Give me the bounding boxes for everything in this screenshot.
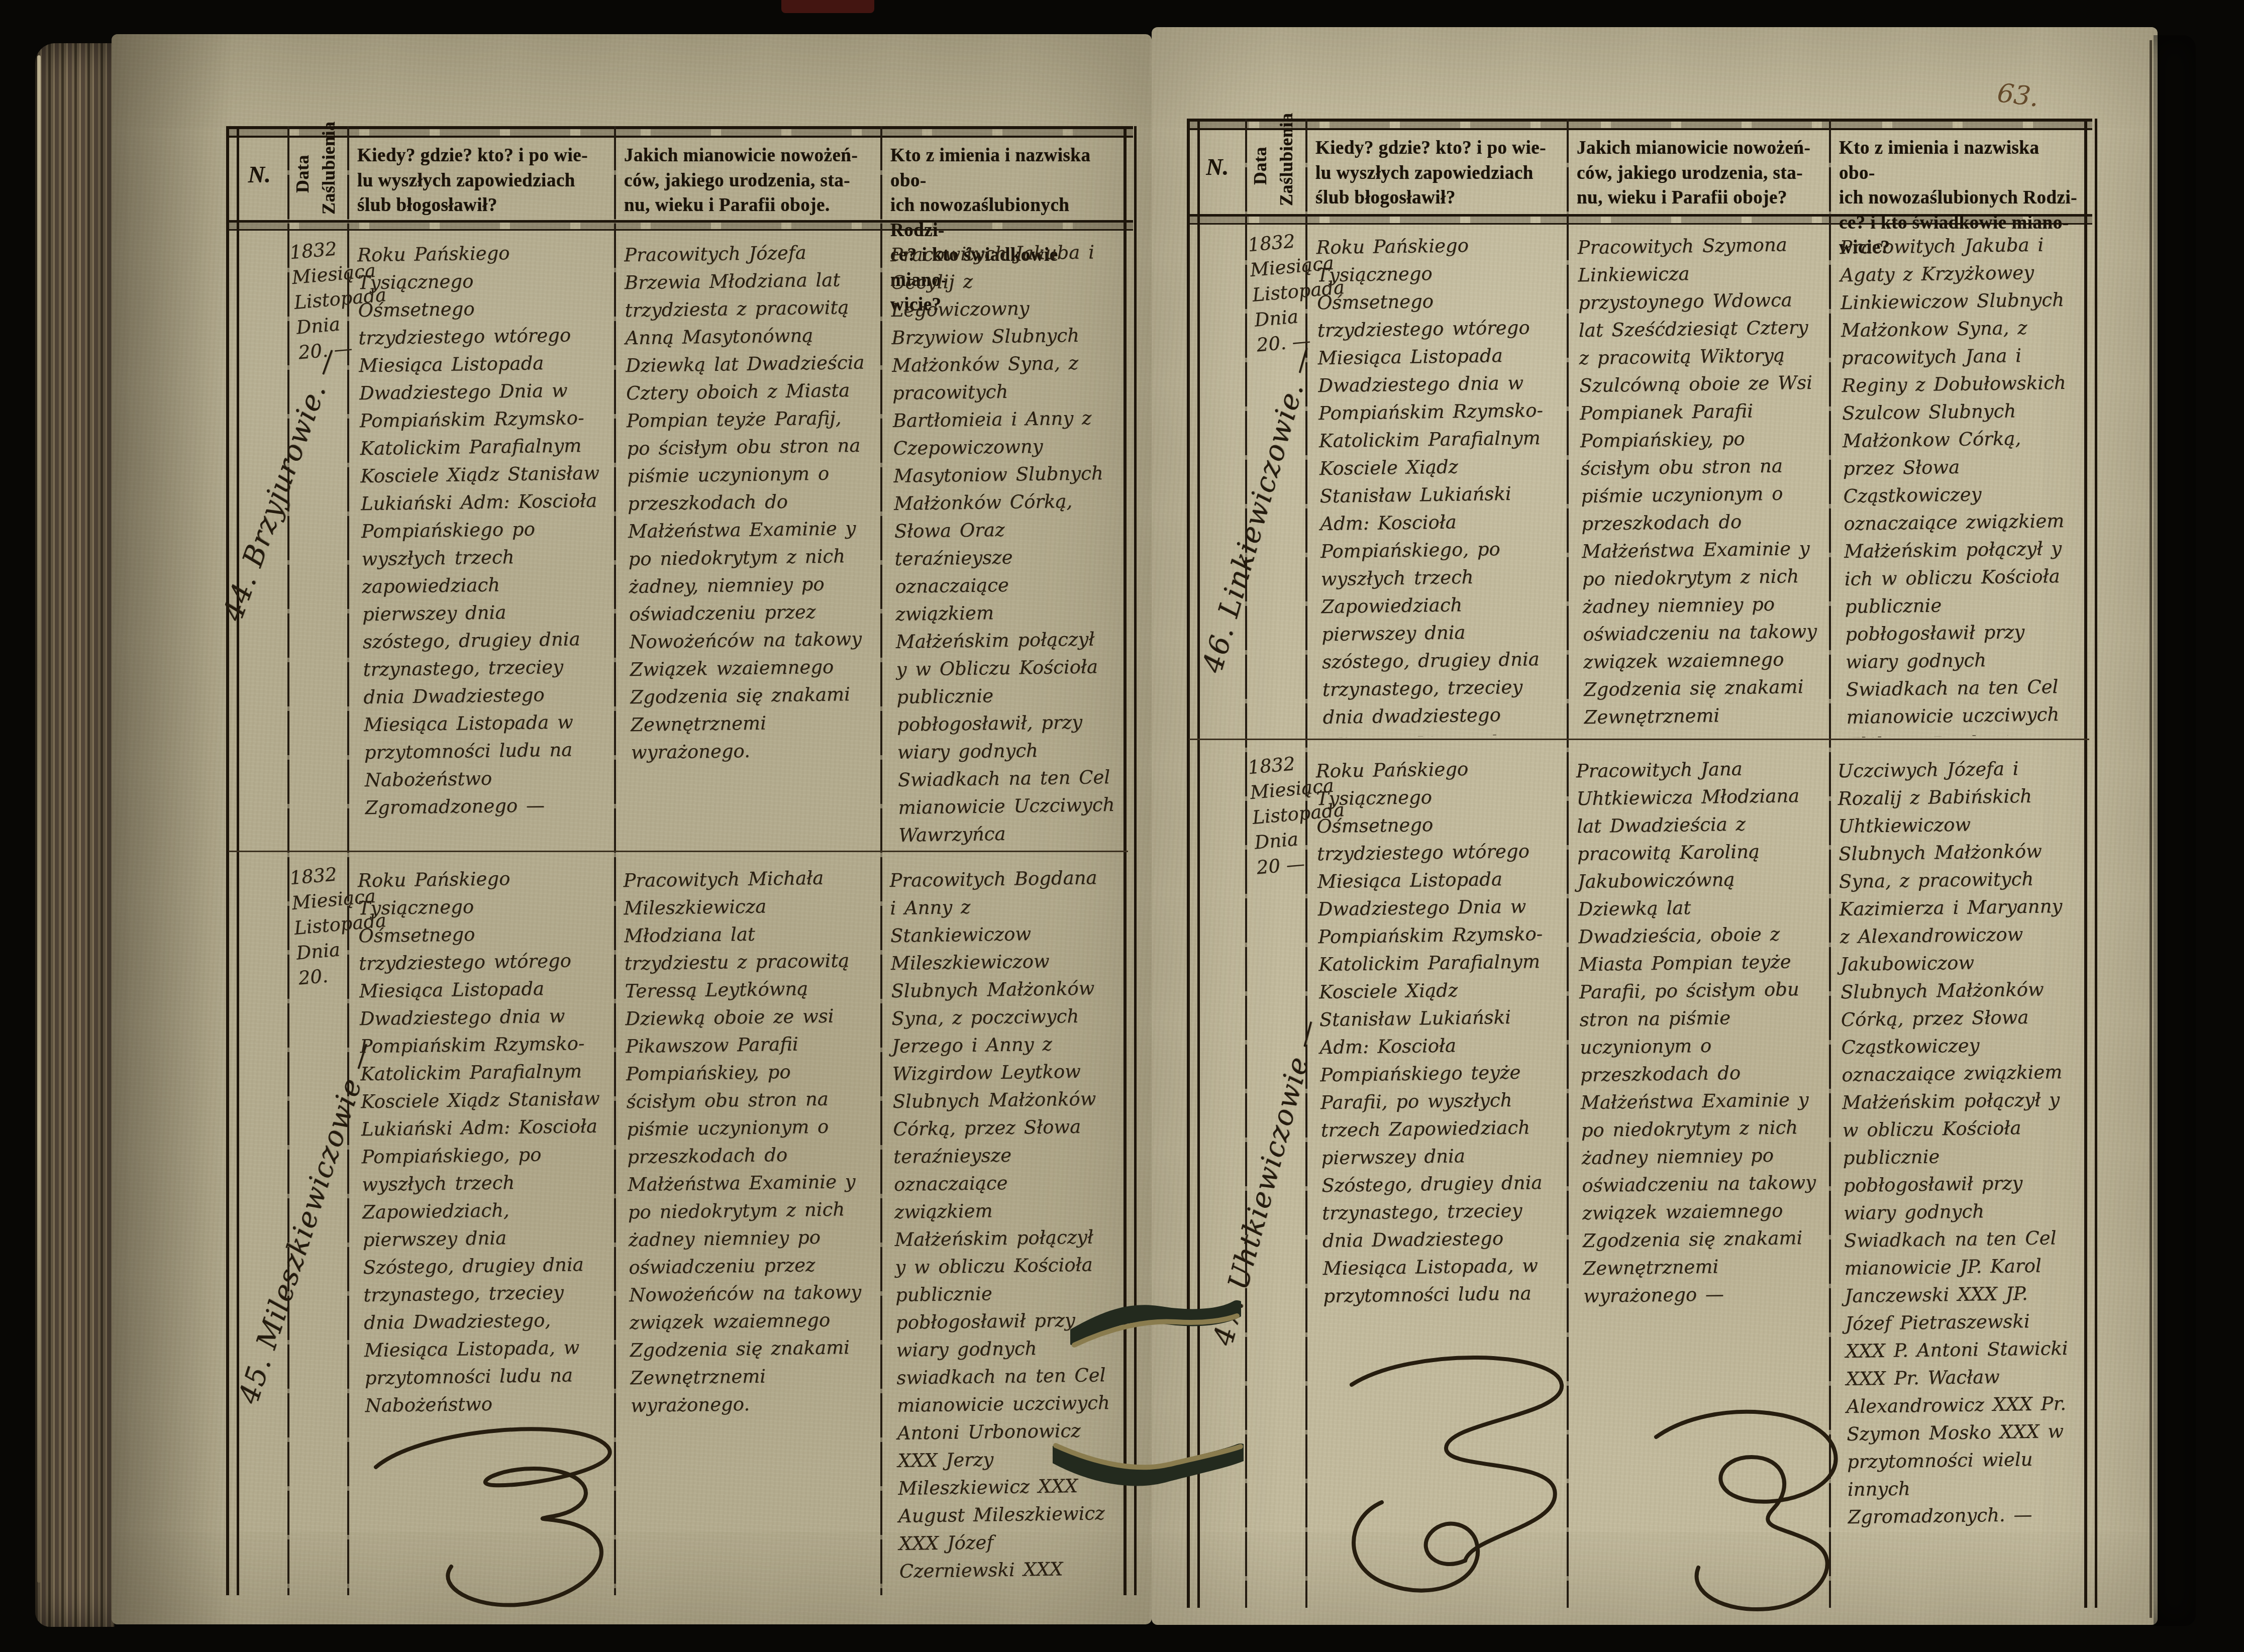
header-kto-left: Kto z imienia i nazwiska obo- ich nowoza…	[880, 128, 1126, 220]
entry-45-jakich-cell: Pracowitych Michała Mileszkiewicza Młodz…	[609, 852, 885, 1589]
header-jakich-right: Jakich mianowicie nowożeń- ców, jakiego …	[1567, 121, 1829, 211]
entry-44-jakich-cell: Pracowitych Józefa Brzewia Młodziana lat…	[609, 227, 884, 848]
header-data-right: Data Zaślubienia	[1247, 121, 1303, 211]
entry-46-jakich-cell: Pracowitych Szymona Linkiewicza przystoy…	[1563, 219, 1832, 738]
header-data-left: Data Zaślubienia	[289, 128, 346, 220]
header-n-right: N.	[1187, 121, 1245, 211]
entry-47-jakich-cell: Pracowitych Jana Uhtkiewicza Młodziana l…	[1562, 743, 1834, 1465]
entry-46-kiedy-cell: Roku Pańskiego Tysiącznego Ośmsetnego tr…	[1302, 219, 1570, 738]
right-table-divider-1	[1245, 119, 1247, 1608]
right-table-border-right	[2084, 119, 2097, 1608]
left-table-row-divider	[229, 851, 1128, 852]
entry-44-kto-cell: Pracowitych Jakuba i Cecylij z Legowiczo…	[876, 227, 1129, 849]
entry-44-kiedy-cell: Roku Pańskiego Tysiącznego Ośmsetnego tr…	[343, 227, 618, 848]
page-stack-highlight	[37, 55, 41, 1583]
header-n-left: N.	[229, 128, 287, 220]
page-stack-edge-right	[2154, 35, 2196, 1626]
flourish-left-page	[362, 1407, 643, 1618]
right-table-row-divider	[1189, 739, 2089, 740]
entry-46-kto-cell: Pracowitych Jakuba i Agaty z Krzyżkowey …	[1825, 220, 2086, 738]
book-scan: { "page_number": "63.", "colors": { "bac…	[0, 0, 2244, 1652]
entry-47-kiedy-cell: Roku Pańskiego Tysiącznego Ośmsetnego tr…	[1301, 743, 1571, 1314]
header-jakich-left: Jakich mianowicie nowożeń- ców, jakiego …	[614, 128, 880, 220]
spine-tab	[781, 0, 874, 13]
header-kto-right: Kto z imienia i nazwiska obo- ich nowoza…	[1829, 121, 2084, 211]
flourish-right-jakich	[1608, 1377, 1889, 1628]
binding-cord-bottom	[1053, 1424, 1244, 1505]
left-table-divider-1	[287, 126, 289, 1595]
header-kiedy-right: Kiedy? gdzie? kto? i po wie- lu wyszłych…	[1305, 121, 1567, 211]
header-kiedy-left: Kiedy? gdzie? kto? i po wie- lu wyszłych…	[347, 128, 614, 220]
binding-cord-top	[1070, 1289, 1241, 1364]
left-table-border-left	[226, 126, 239, 1595]
page-stack-edge-left	[35, 43, 115, 1627]
flourish-right-kiedy	[1321, 1336, 1583, 1608]
entry-45-kiedy-cell: Roku Pańskiego Tysiącznego Ośmsetnego tr…	[343, 852, 618, 1418]
page-number: 63.	[1996, 78, 2041, 113]
right-page-crease	[2150, 40, 2152, 1618]
